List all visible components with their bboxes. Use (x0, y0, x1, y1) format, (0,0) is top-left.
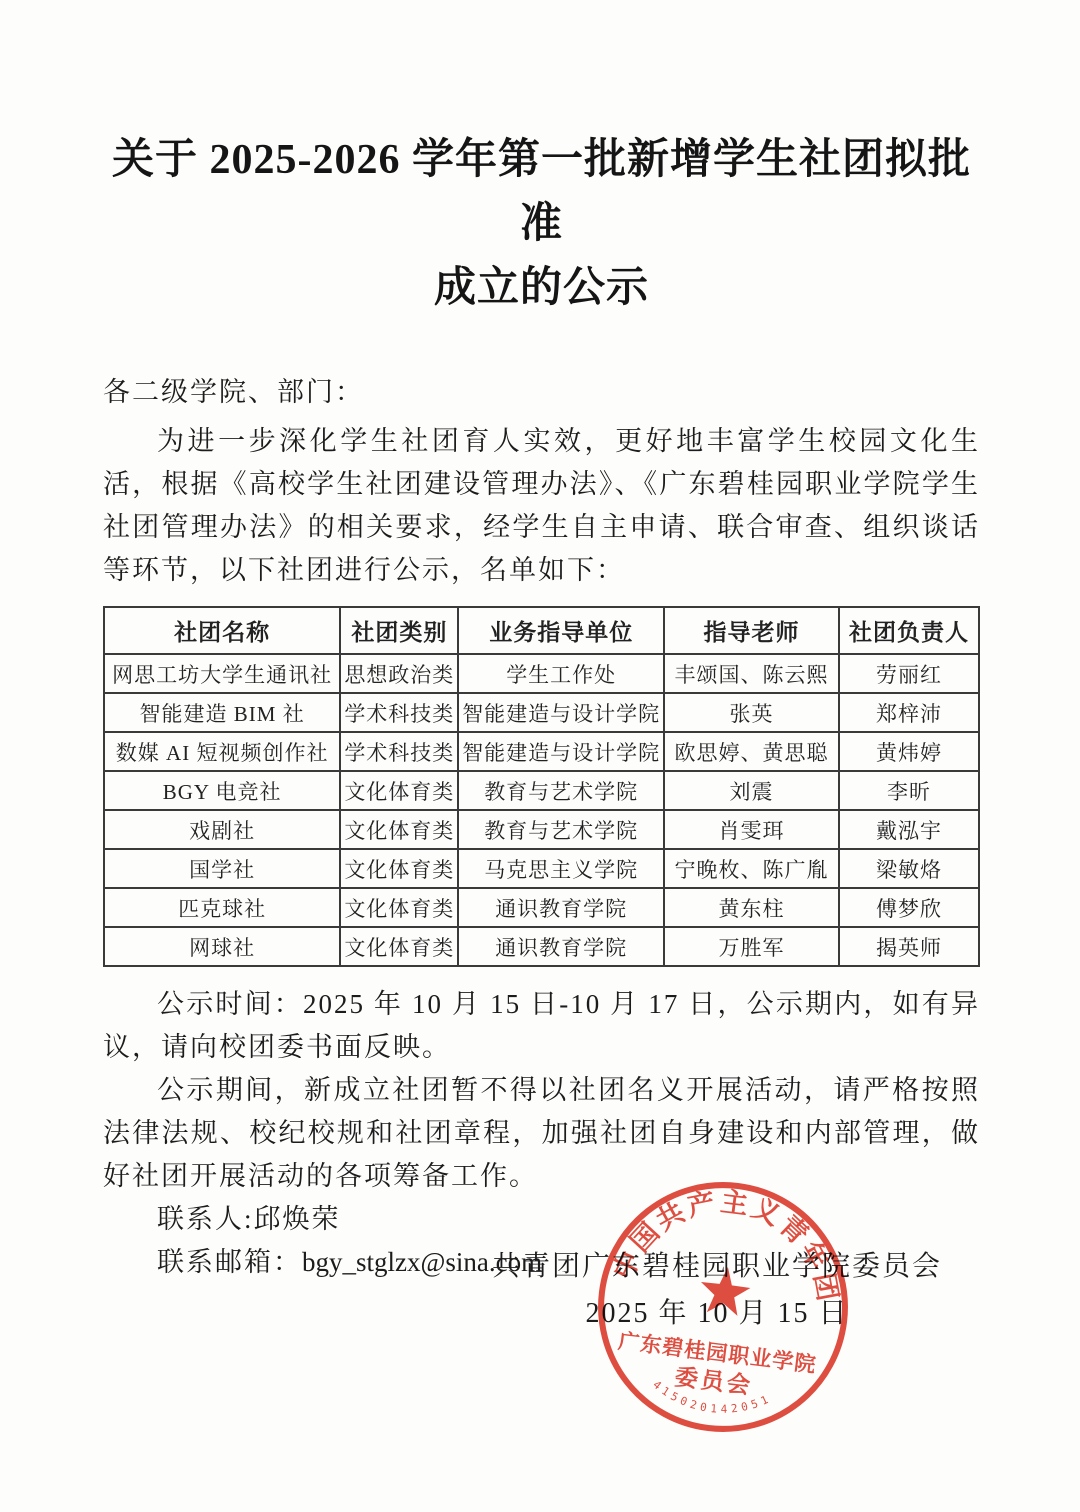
table-cell: 智能建造 BIM 社 (104, 693, 340, 732)
table-cell: 郑梓沛 (839, 693, 979, 732)
table-row: 国学社 文化体育类 马克思主义学院 宁晚枚、陈广胤 梁敏烙 (104, 849, 979, 888)
table-cell: 戴泓宇 (839, 810, 979, 849)
title-line-2: 成立的公示 (103, 256, 980, 320)
table-cell: 教育与艺术学院 (458, 810, 664, 849)
table-cell: 学生工作处 (458, 654, 664, 693)
table-cell: 教育与艺术学院 (458, 771, 664, 810)
header-advisor: 指导老师 (664, 607, 839, 654)
table-cell: 智能建造与设计学院 (458, 693, 664, 732)
table-cell: 通识教育学院 (458, 927, 664, 966)
table-cell: 黄炜婷 (839, 732, 979, 771)
restrictions-paragraph: 公示期间，新成立社团暂不得以社团名义开展活动，请严格按照法律法规、校纪校规和社团… (103, 1069, 980, 1198)
document-content: 关于 2025-2026 学年第一批新增学生社团拟批准 成立的公示 各二级学院、… (103, 0, 980, 1284)
table-cell: 国学社 (104, 849, 340, 888)
table-row: 网球社 文化体育类 通识教育学院 万胜军 揭英师 (104, 927, 979, 966)
table-cell: 梁敏烙 (839, 849, 979, 888)
table-cell: 思想政治类 (340, 654, 458, 693)
table-cell: 文化体育类 (340, 849, 458, 888)
table-cell: 张英 (664, 693, 839, 732)
seal-inner-line2: 委员会 (673, 1363, 754, 1399)
table-row: 戏剧社 文化体育类 教育与艺术学院 肖雯珥 戴泓宇 (104, 810, 979, 849)
table-cell: 通识教育学院 (458, 888, 664, 927)
table-cell: 劳丽红 (839, 654, 979, 693)
table-cell: 傅梦欣 (839, 888, 979, 927)
table-cell: 学术科技类 (340, 732, 458, 771)
table-cell: 李昕 (839, 771, 979, 810)
header-club-type: 社团类别 (340, 607, 458, 654)
table-row: BGY 电竞社 文化体育类 教育与艺术学院 刘震 李昕 (104, 771, 979, 810)
table-cell: 网思工坊大学生通讯社 (104, 654, 340, 693)
table-row: 匹克球社 文化体育类 通识教育学院 黄东柱 傅梦欣 (104, 888, 979, 927)
table-cell: 马克思主义学院 (458, 849, 664, 888)
table-cell: 文化体育类 (340, 771, 458, 810)
table-row: 智能建造 BIM 社 学术科技类 智能建造与设计学院 张英 郑梓沛 (104, 693, 979, 732)
table-cell: 刘震 (664, 771, 839, 810)
title-line-1: 关于 2025-2026 学年第一批新增学生社团拟批准 (103, 128, 980, 256)
table-cell: 学术科技类 (340, 693, 458, 732)
table-cell: 匹克球社 (104, 888, 340, 927)
table-cell: 文化体育类 (340, 888, 458, 927)
publicity-period-paragraph: 公示时间：2025 年 10 月 15 日-10 月 17 日，公示期内，如有异… (103, 983, 980, 1069)
header-club-leader: 社团负责人 (839, 607, 979, 654)
table-cell: BGY 电竞社 (104, 771, 340, 810)
table-cell: 万胜军 (664, 927, 839, 966)
table-row: 网思工坊大学生通讯社 思想政治类 学生工作处 丰颂国、陈云熙 劳丽红 (104, 654, 979, 693)
official-seal-icon: 中国共产主义青年团 广东碧桂园职业学院 委员会 415020142051 (577, 1161, 869, 1453)
table-cell: 智能建造与设计学院 (458, 732, 664, 771)
table-header-row: 社团名称 社团类别 业务指导单位 指导老师 社团负责人 (104, 607, 979, 654)
table-cell: 宁晚枚、陈广胤 (664, 849, 839, 888)
table-row: 数媒 AI 短视频创作社 学术科技类 智能建造与设计学院 欧思婷、黄思聪 黄炜婷 (104, 732, 979, 771)
table-cell: 数媒 AI 短视频创作社 (104, 732, 340, 771)
salutation: 各二级学院、部门： (103, 370, 980, 414)
seal-star-icon (697, 1264, 752, 1317)
page-title: 关于 2025-2026 学年第一批新增学生社团拟批准 成立的公示 (103, 128, 980, 320)
table-cell: 丰颂国、陈云熙 (664, 654, 839, 693)
table-cell: 文化体育类 (340, 810, 458, 849)
header-club-name: 社团名称 (104, 607, 340, 654)
table-cell: 网球社 (104, 927, 340, 966)
clubs-table: 社团名称 社团类别 业务指导单位 指导老师 社团负责人 网思工坊大学生通讯社 思… (103, 606, 980, 967)
document-page: 关于 2025-2026 学年第一批新增学生社团拟批准 成立的公示 各二级学院、… (0, 0, 1080, 1512)
intro-paragraph: 为进一步深化学生社团育人实效，更好地丰富学生校园文化生活，根据《高校学生社团建设… (103, 420, 980, 592)
contact-email-label: 联系邮箱： (157, 1247, 302, 1277)
header-guiding-unit: 业务指导单位 (458, 607, 664, 654)
table-cell: 戏剧社 (104, 810, 340, 849)
table-cell: 黄东柱 (664, 888, 839, 927)
table-cell: 欧思婷、黄思聪 (664, 732, 839, 771)
table-cell: 揭英师 (839, 927, 979, 966)
table-cell: 肖雯珥 (664, 810, 839, 849)
table-cell: 文化体育类 (340, 927, 458, 966)
